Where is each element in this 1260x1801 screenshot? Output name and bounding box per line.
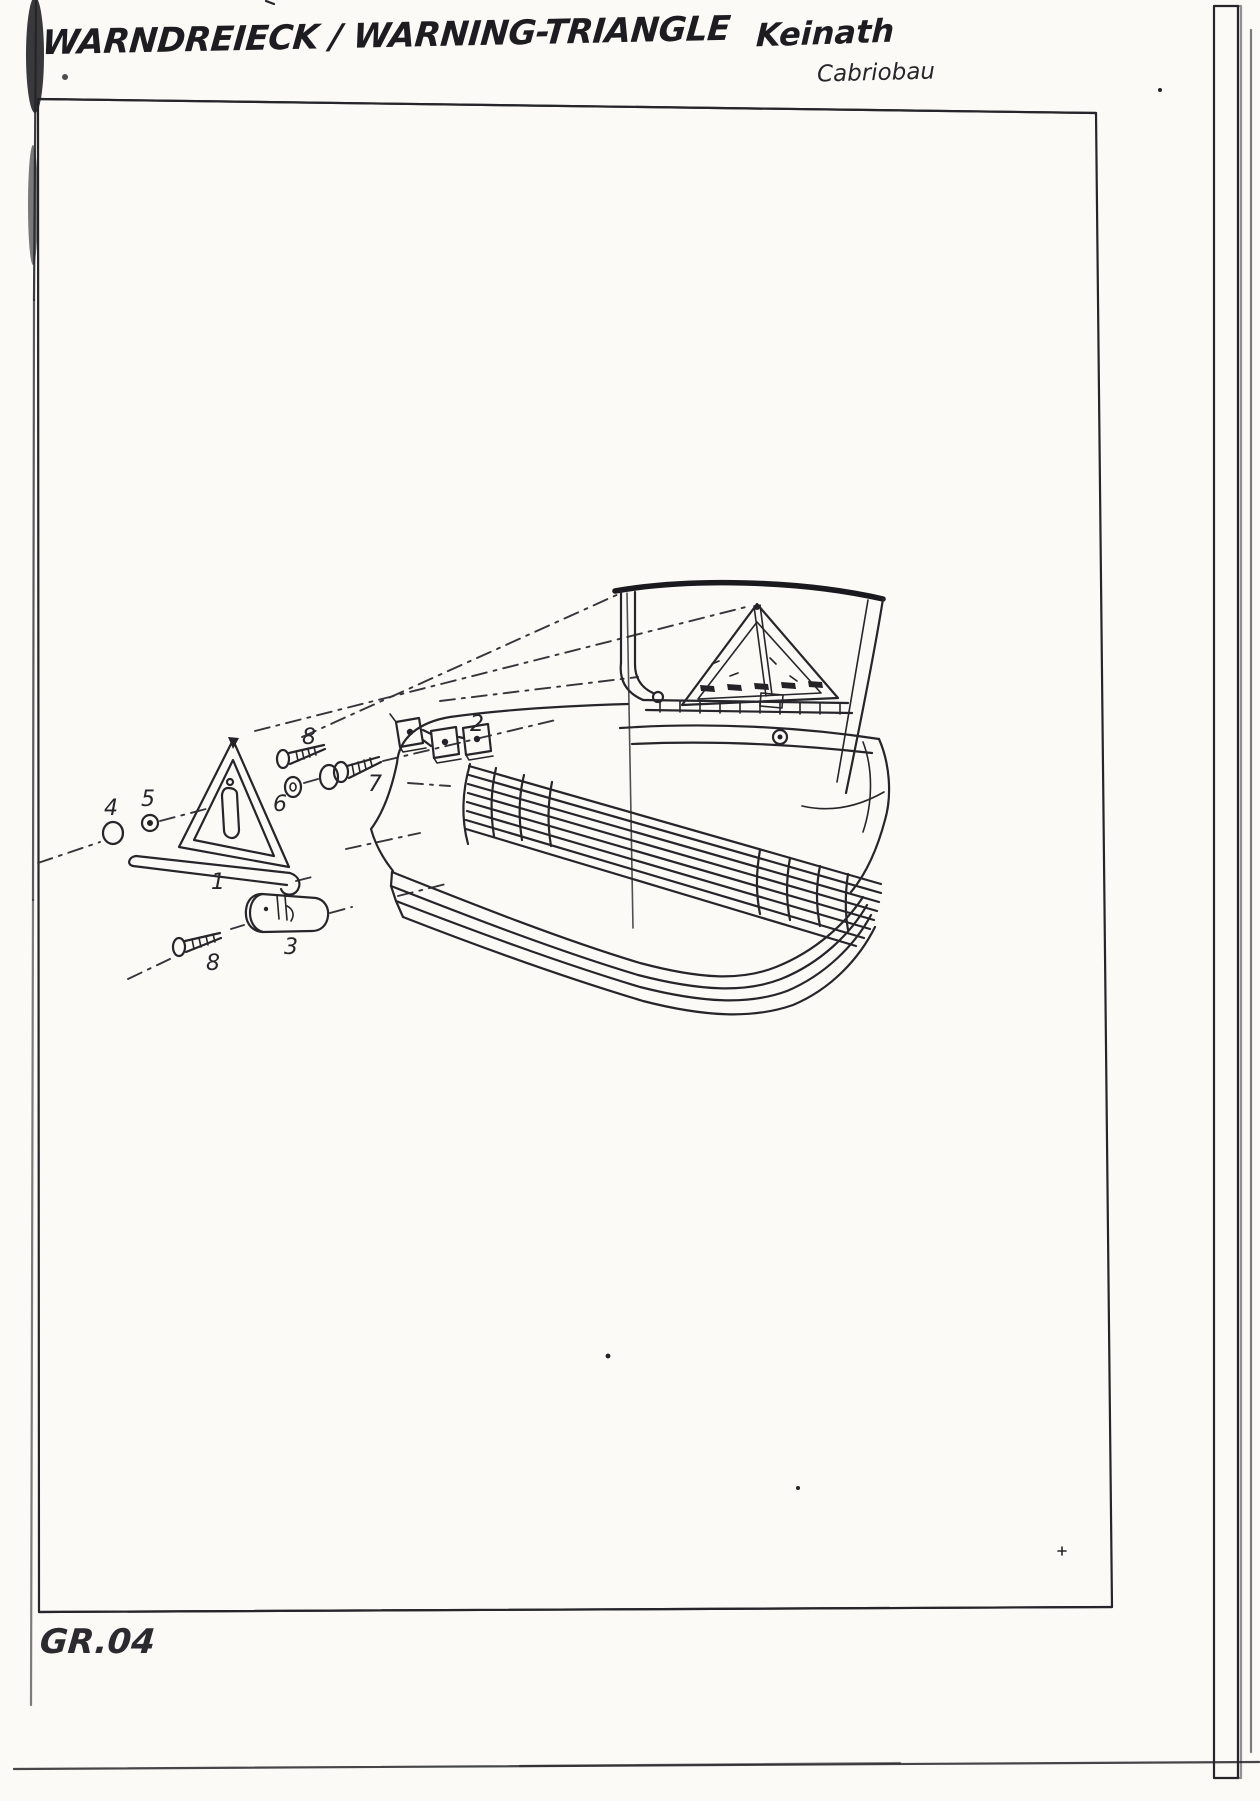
washer-part-6 [285,777,301,797]
leader-line [330,907,352,913]
right-scan-bar-edge [1238,6,1241,1778]
right-scan-bar [1214,6,1238,1778]
triangle-mount-blocks [700,681,823,692]
axis-line [160,809,206,821]
callout-5: 5 [141,787,155,812]
callout-8-bottom: 8 [206,951,220,976]
callout-4: 4 [104,796,118,821]
callout-3: 3 [284,935,298,960]
callout-7: 7 [368,772,382,797]
projection-lines [38,593,750,979]
callout-8-top: 8 [302,725,316,750]
leader-line [408,783,450,786]
trunk-lid [615,583,883,793]
callout-1: 1 [211,870,225,895]
projection-line-to-hinge [440,677,638,701]
speck [796,1486,800,1490]
right-quarter [851,739,889,892]
body-rim [620,725,879,739]
leader-line [346,833,420,849]
leader-line [128,959,170,979]
speck [1158,88,1162,92]
stand-foot-cap [129,856,136,866]
nut-part-5 [142,815,158,831]
car-body [371,593,889,946]
projection-line-to-lid-apex [255,606,750,731]
lid-right-edge-inner [837,600,868,782]
callout-2: 2 [470,712,484,737]
scanned-parts-sheet: WARNDREIECK / WARNING-TRIANGLE Keinath C… [0,0,1260,1801]
frame-border [38,99,1112,1612]
slot-hole [227,779,233,785]
lid-hinge-inner [635,664,653,693]
triangle-slot [222,788,239,838]
scan-artifacts [14,0,1259,1778]
cap-part-4 [103,822,123,844]
stand-foot-bottom [133,866,287,885]
speck [266,1,274,4]
axis-line [38,842,100,863]
left-scan-streak [33,300,34,900]
body-rim-inner [632,743,872,753]
screw-part-8-top [277,745,325,768]
axis-line [304,779,318,783]
callout-6: 6 [273,792,287,817]
bottom-scan-line-dark [520,1763,900,1766]
exploded-diagram: 1 2 3 4 5 6 7 8 8 [0,0,1260,1801]
leader-line [231,925,244,929]
lid-top-edge [615,583,883,599]
scan-blob [28,145,38,265]
speck [606,1354,611,1359]
scan-blob [26,0,44,113]
left-scan-streak [31,900,33,1705]
retainer-part-3 [246,894,328,932]
speck [1058,1547,1066,1555]
red-speck [62,74,68,80]
